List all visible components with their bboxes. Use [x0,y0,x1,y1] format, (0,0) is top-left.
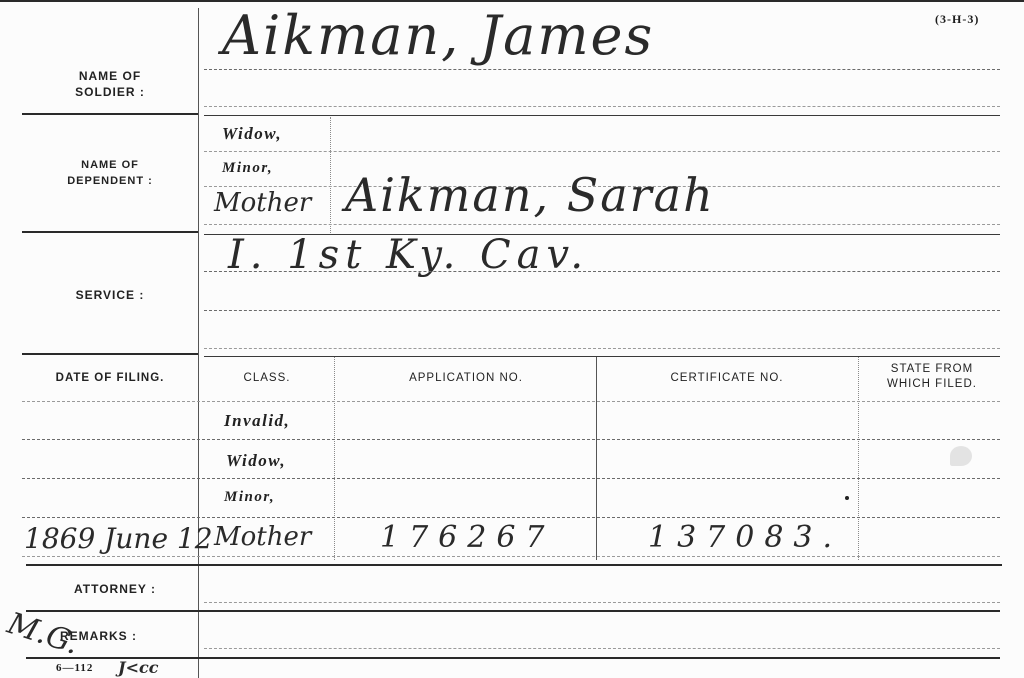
column-divider [334,357,335,560]
section-divider [26,610,1000,612]
card-top-edge [0,0,1024,2]
dependent-type-minor: Minor, [222,160,273,177]
attorney-label: ATTORNEY : [40,581,190,597]
label-line: SOLDIER : [40,84,180,100]
section-divider [22,353,198,355]
soldier-name-field: Aikman, James [222,4,654,67]
column-divider [596,357,597,560]
rule [204,151,1000,152]
label-line: WHICH FILED. [862,377,1002,392]
state-from-which-filed-header: STATE FROM WHICH FILED. [862,362,1002,392]
class-header: CLASS. [204,370,330,386]
class-type-widow: Widow, [226,451,286,471]
footer-form-code: 6—112 [56,662,93,674]
name-of-dependent-label: NAME OF DEPENDENT : [40,157,180,189]
rule [204,224,1000,225]
service-label: SERVICE : [40,287,180,303]
column-divider [858,357,859,560]
class-type-minor: Minor, [224,489,275,506]
rule [204,310,1000,311]
section-divider [26,657,1000,659]
rule [204,648,1000,649]
form-number: (3-H-3) [935,12,979,27]
rule [204,106,1000,107]
name-of-soldier-label: NAME OF SOLDIER : [40,68,180,100]
dependent-relation-field: Mother [214,188,311,218]
label-column-divider [198,8,199,678]
application-no-cell: 176267 [380,520,555,555]
certificate-no-cell: 137083. [648,520,842,555]
dependent-type-widow: Widow, [222,124,282,144]
date-of-filing-header: DATE OF FILING. [22,370,198,386]
certificate-no-header: CERTIFICATE NO. [598,370,856,386]
table-rule [22,401,1000,402]
label-line: NAME OF [40,68,180,84]
pension-index-card: (3-H-3) NAME OF SOLDIER : Aikman, James … [0,0,1024,678]
label-line: STATE FROM [862,362,1002,377]
rule [204,602,1000,603]
class-type-invalid: Invalid, [224,411,290,431]
table-rule [22,478,1000,479]
label-line: DEPENDENT : [40,173,180,189]
rule [204,271,1000,272]
filing-date-cell: 1869 June 12 [24,522,213,555]
table-rule [22,517,1000,518]
dependent-type-divider [330,117,331,233]
paper-stain [950,446,972,466]
rule [204,348,1000,349]
filing-class-cell: Mother [214,522,311,552]
section-divider [26,564,1002,566]
label-line: NAME OF [40,157,180,173]
dependent-name-field: Aikman, Sarah [345,168,715,222]
section-divider [22,231,198,233]
section-divider [204,356,1000,357]
table-rule [22,556,1000,557]
table-rule [22,439,1000,440]
section-divider [204,115,1000,116]
ink-dot [845,496,849,500]
footer-mark: J<cc [118,658,158,677]
application-no-header: APPLICATION NO. [336,370,596,386]
section-divider [22,113,198,115]
remarks-margin-note: M.G. [3,606,83,662]
rule [204,69,1000,70]
